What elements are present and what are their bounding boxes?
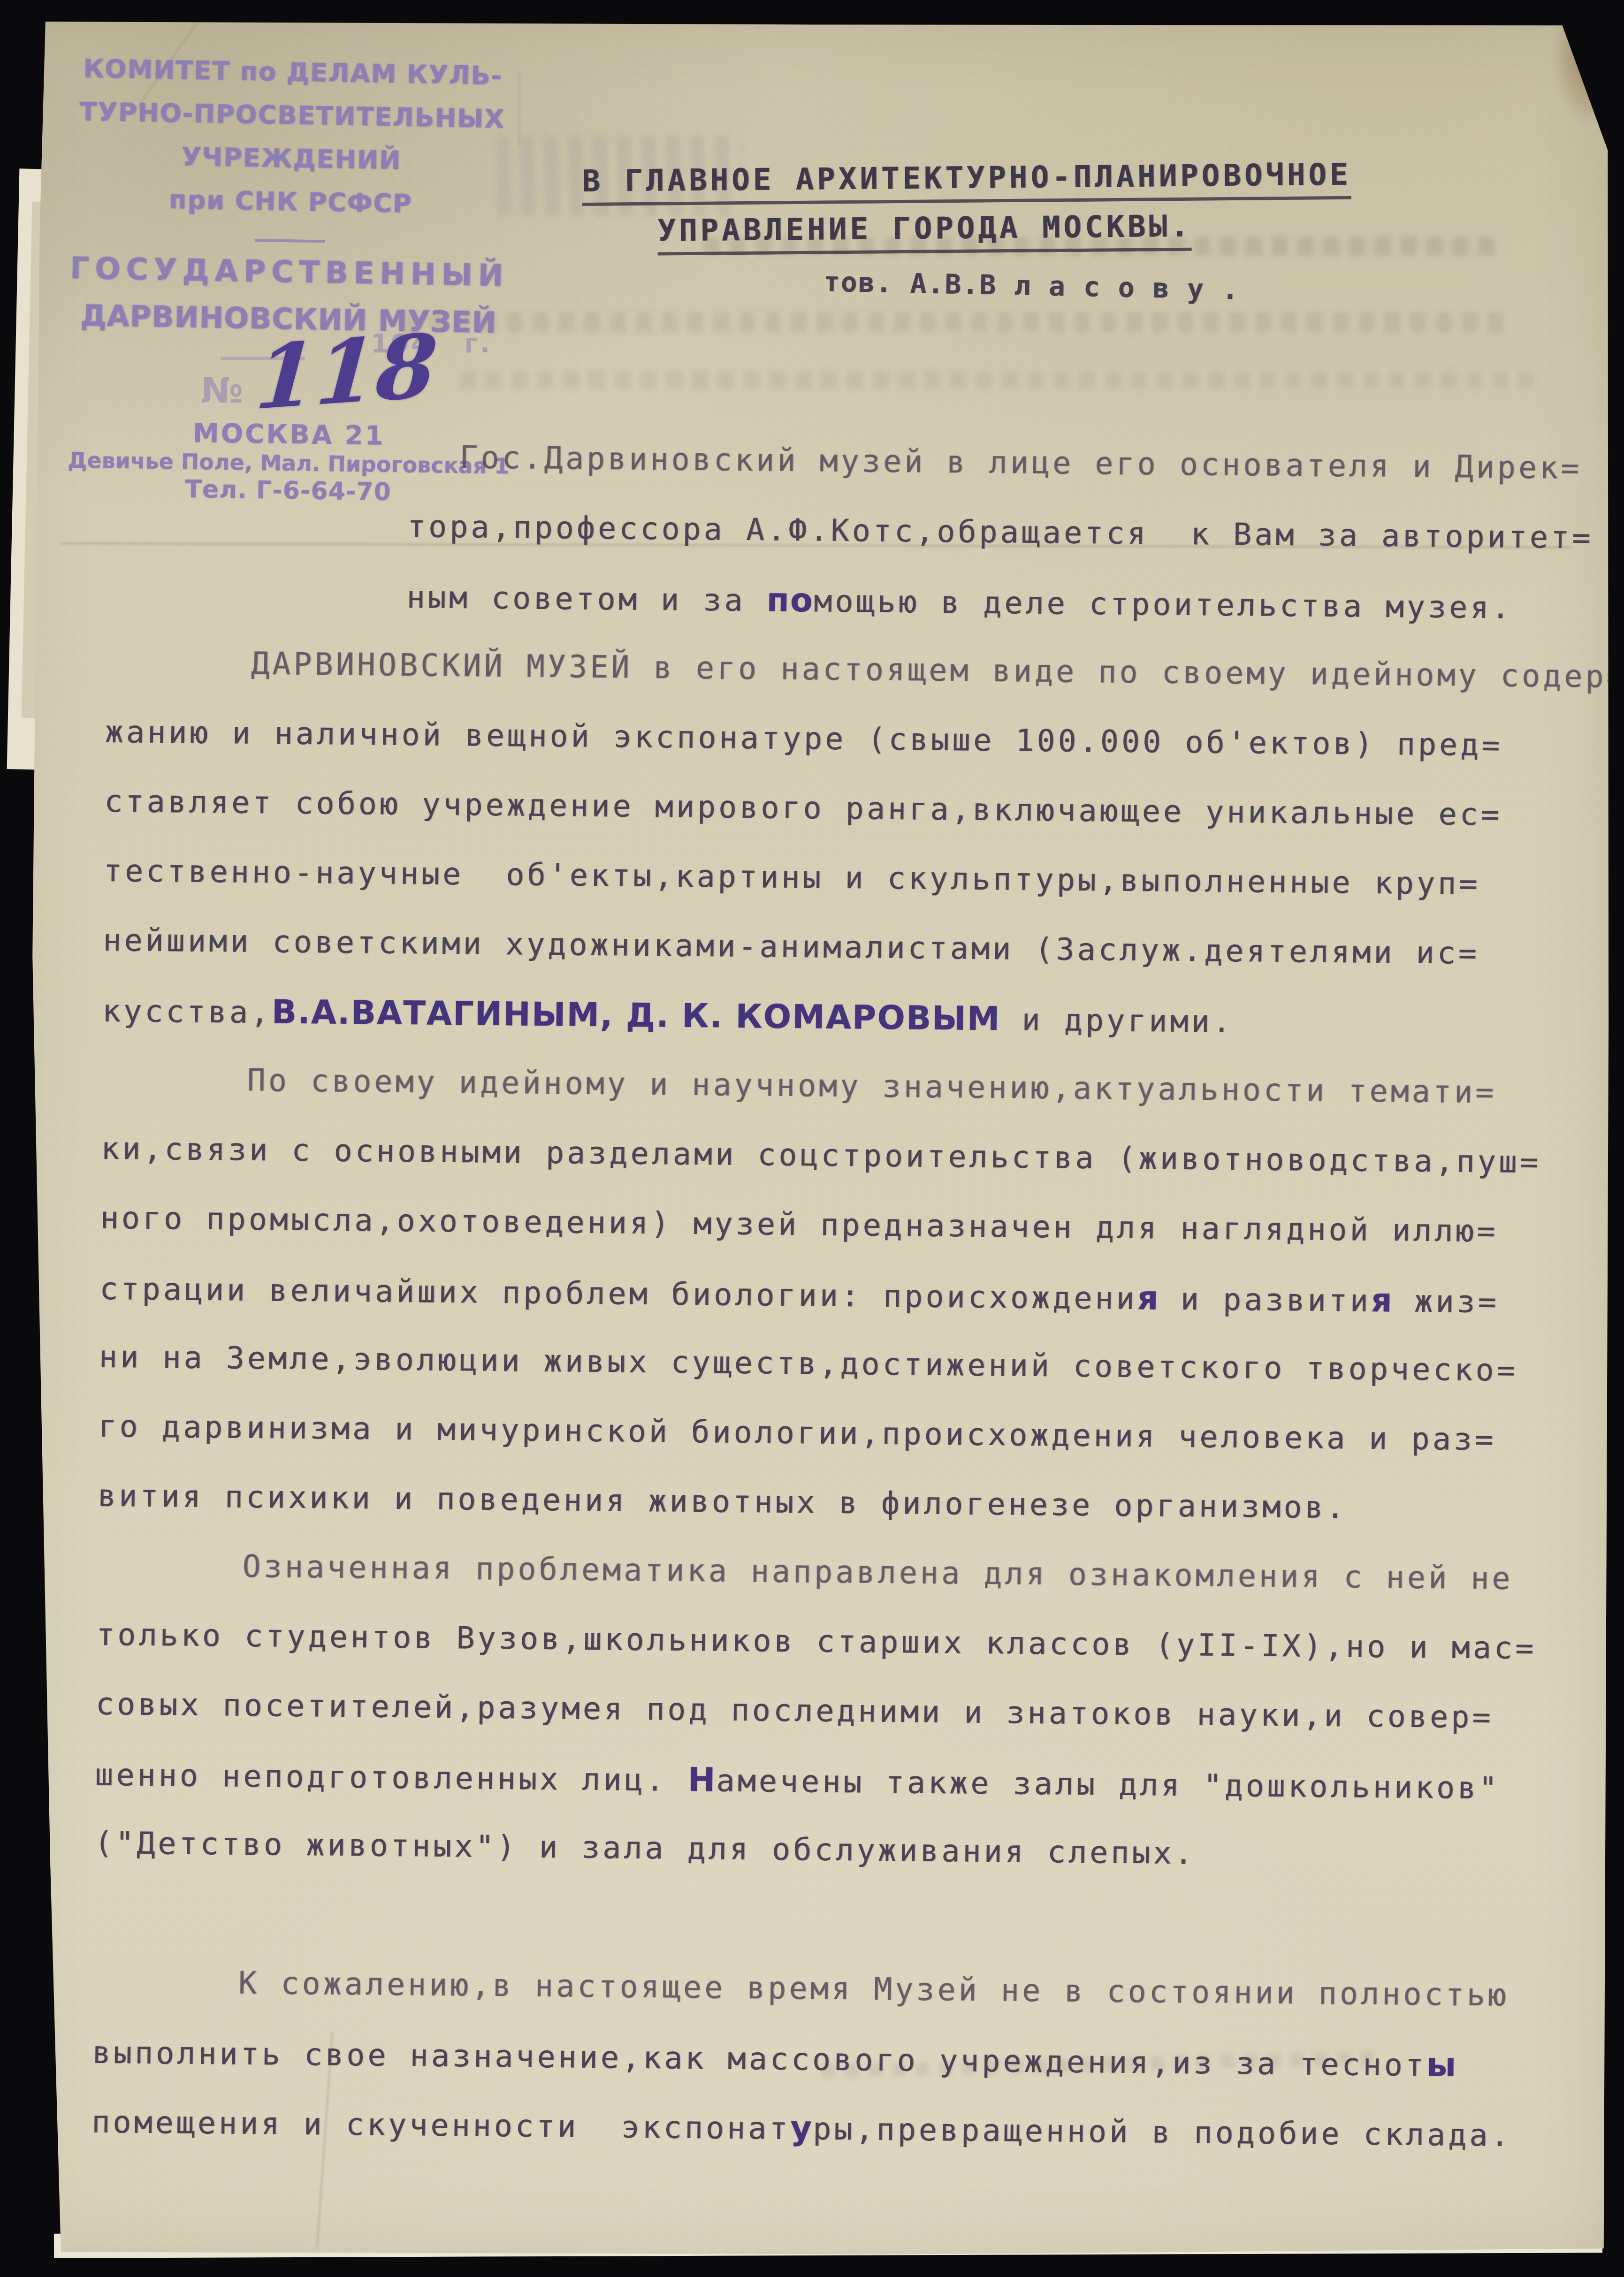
- typed-line: ("Детство животных") и зала для обслужив…: [94, 1809, 1601, 1893]
- ghost-text-smudge: [460, 371, 1539, 389]
- ink-overlay: ы: [1426, 2045, 1457, 2084]
- typed-segment: ры,превращенной в подобие склада.: [813, 2112, 1512, 2154]
- paragraph: По своему идейному и научному значению,а…: [97, 1045, 1608, 1546]
- stamp-org-line: при СНК РСФСР: [68, 176, 514, 228]
- typed-line: К сожалению,в настоящее время Музей не в…: [92, 1948, 1599, 2032]
- typed-line: Гос.Дарвиновский музей в лице его основа…: [408, 423, 1614, 504]
- scanned-letter-page: КОМИТЕТ по ДЕЛАМ КУЛЬ- ТУРНО-ПРОСВЕТИТЕЛ…: [0, 0, 1624, 2277]
- typed-line: тора,профессора А.Ф.Котс,обращается к Ва…: [407, 492, 1613, 573]
- typed-line: ДАРВИНОВСКИЙ МУЗЕЙ в его настоящем виде …: [105, 628, 1612, 712]
- typed-segment: и развити: [1159, 1282, 1371, 1319]
- recipient-heading: В ГЛАВНОЕ АРХИТЕКТУРНО-ПЛАНИРОВОЧНОЕ УПР…: [582, 158, 1352, 256]
- paragraph: Гос.Дарвиновский музей в лице его основа…: [406, 423, 1614, 643]
- typed-segment: кусства,: [102, 994, 272, 1030]
- typed-segment: помещения и скученности экспонат: [91, 2105, 791, 2147]
- paper-sheet: КОМИТЕТ по ДЕЛАМ КУЛЬ- ТУРНО-ПРОСВЕТИТЕЛ…: [0, 0, 1624, 2277]
- ink-overlay: В.А.ВАТАГИНЫМ, Д. К. КОМАРОВЫМ: [272, 992, 1001, 1038]
- typed-segment: только студентов Вузов,школьников старши…: [96, 1617, 1537, 1666]
- recipient-line-2: УПРАВЛЕНИЕ ГОРОДА МОСКВЫ.: [657, 211, 1192, 256]
- stamp-org-line: ТУРНО-ПРОСВЕТИТЕЛЬНЫХ: [69, 90, 515, 141]
- typed-segment: ки,связи с основными разделами соцстроит…: [101, 1131, 1541, 1180]
- typed-segment: выполнить свое назначение,как массового …: [92, 2035, 1426, 2083]
- typed-segment: шенно неподготовленных лиц.: [95, 1758, 688, 1798]
- typed-line: По своему идейному и научному значению,а…: [101, 1045, 1608, 1129]
- typed-segment: амечены также залы для "дошкольников": [716, 1764, 1500, 1806]
- typed-segment: Означенная проблематика направлена для о…: [242, 1549, 1513, 1597]
- typed-segment: ным советом и за: [406, 580, 767, 618]
- top-tear-crease: [518, 70, 520, 145]
- typed-segment: мощью в деле строительства музея.: [814, 584, 1513, 625]
- typed-segment: К сожалению,в настоящее время Музей не в…: [238, 1966, 1510, 2013]
- number-sign: №: [201, 370, 243, 411]
- typed-segment: ни на Земле,эволюции живых существ,дости…: [99, 1340, 1518, 1388]
- paragraph: К сожалению,в настоящее время Музей не в…: [91, 1948, 1599, 2170]
- ink-overlay: Н: [688, 1760, 717, 1799]
- typed-segment: тора,профессора А.Ф.Котс,обращается к Ва…: [407, 509, 1593, 556]
- typed-segment: ставляет собою учреждение мирового ранга…: [104, 784, 1502, 833]
- typed-segment: тественно-научные об'екты,картины и скул…: [103, 853, 1480, 902]
- typed-segment: страции величайших проблем биологии: про…: [99, 1272, 1137, 1317]
- typed-segment: жиз=: [1393, 1284, 1499, 1320]
- ink-overlay: у: [790, 2109, 813, 2147]
- typed-segment: и другими.: [1000, 1002, 1234, 1040]
- stamp-org-line: УЧРЕЖДЕНИЙ: [68, 133, 514, 184]
- corner-stain: [1527, 12, 1621, 167]
- typed-segment: го дарвинизма и мичуринской биологии,про…: [98, 1409, 1496, 1458]
- stamp-org-line: КОМИТЕТ по ДЕЛАМ КУЛЬ-: [69, 47, 516, 98]
- typed-segment: жанию и наличной вещной экспонатуре (свы…: [105, 715, 1502, 763]
- recipient-line-1: В ГЛАВНОЕ АРХИТЕКТУРНО-ПЛАНИРОВОЧНОЕ: [582, 160, 1351, 206]
- typed-line: помещения и скученности экспонатуры,прев…: [91, 2087, 1598, 2170]
- handwritten-number: 118: [253, 322, 440, 422]
- paragraph: ДАРВИНОВСКИЙ МУЗЕЙ в его настоящем виде …: [102, 628, 1612, 1059]
- typed-segment: нейшими советскими художниками-анималист…: [103, 923, 1479, 971]
- typed-line: Означенная проблематика направлена для о…: [97, 1531, 1603, 1615]
- typed-segment: ного промысла,охотоведения) музей предна…: [100, 1201, 1498, 1249]
- typed-segment: По своему идейному и научному значению,а…: [247, 1063, 1496, 1111]
- stamp-museum-line: ГОСУДАРСТВЕННЫЙ: [66, 245, 513, 300]
- typed-line: ным советом и за помощью в деле строител…: [406, 562, 1613, 643]
- attention-line: тов. А.В.В л а с о в у .: [823, 266, 1239, 306]
- stamp-divider: [255, 239, 325, 243]
- body-text: Гос.Дарвиновский музей в лице его основа…: [91, 420, 1614, 2170]
- typed-segment: Гос.Дарвиновский музей в лице его основа…: [459, 440, 1582, 486]
- typed-segment: вития психики и поведения животных в фил…: [98, 1478, 1347, 1526]
- typed-segment: совых посетителей,разумея под последними…: [95, 1687, 1493, 1736]
- ghost-text-smudge: [404, 312, 1506, 333]
- ink-overlay: по: [766, 580, 814, 619]
- ink-overlay: я: [1371, 1281, 1394, 1319]
- typed-segment: ("Детство животных") и зала для обслужив…: [94, 1826, 1196, 1872]
- paragraph: Означенная проблематика направлена для о…: [94, 1531, 1603, 1893]
- typed-segment: ДАРВИНОВСКИЙ МУЗЕЙ в его настоящем виде …: [251, 647, 1624, 695]
- ink-overlay: я: [1137, 1279, 1159, 1317]
- letterhead-stamp: КОМИТЕТ по ДЕЛАМ КУЛЬ- ТУРНО-ПРОСВЕТИТЕЛ…: [65, 47, 516, 346]
